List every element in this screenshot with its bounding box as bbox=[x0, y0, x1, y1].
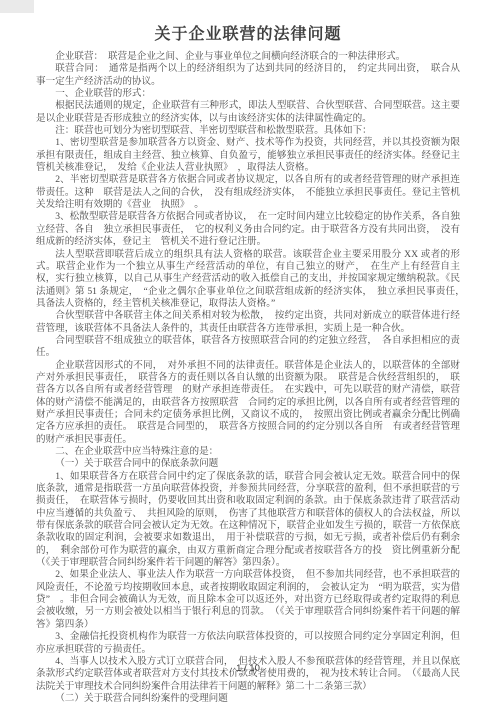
paragraph: 企业联营因形式的不同， 对外承担不同的法律责任。联营体是企业法人的，以联营体的全… bbox=[36, 360, 460, 446]
paragraph: 3、松散型联营是联营各方依据合同或者协议， 在一定时间内建立比较稳定的协作关系，… bbox=[36, 211, 460, 248]
paragraph: 合同型联营不组成独立的联营体，联营各方按照联营合同的约定独立经营， 各自承担相应… bbox=[36, 335, 460, 360]
paragraph: 2、半密切型联营是联营各方依据合同或者协议规定，以各自所有的或者经营管理的财产承… bbox=[36, 174, 460, 211]
paragraph: 合伙型联营中各联营主体之间关系相对较为松散， 按约定出资，共同对新成立的联营体进… bbox=[36, 310, 460, 335]
section-heading: 二、在企业联营中应当特殊注意的是： bbox=[36, 446, 460, 458]
paragraph: 1、如果联营各方在联营合同中约定了保底条款的话，联营合同会被认定无效。联营合同中… bbox=[36, 471, 460, 570]
paragraph: 根据民法通则的规定，企业联营有三种形式，即法人型联营、合伙型联营、合同型联营。这… bbox=[36, 100, 460, 125]
paragraph: 法人型联营即联营后成立的组织具有法人资格的联营。该联营企业主要采用股分 XX 或… bbox=[36, 249, 460, 311]
scan-corner-artifact bbox=[0, 0, 34, 13]
paragraph: 3、金融信托投资机构作为联营一方依法向联营体投资的，可以按照合同约定分享固定利润… bbox=[36, 631, 460, 656]
page-number: 1 / 10 bbox=[0, 663, 496, 674]
paragraph: 企业联营： 联营是企业之间、企业与事业单位之间横向经济联合的一种法律形式。 bbox=[36, 51, 460, 63]
page-title: 关于企业联营的法律问题 bbox=[0, 0, 496, 45]
document-body: 企业联营： 联营是企业之间、企业与事业单位之间横向经济联合的一种法律形式。 联营… bbox=[36, 51, 460, 702]
section-heading: 一、企业联营的形式： bbox=[36, 88, 460, 100]
sub-section-heading: （二）关于联营合同纠纷案件的受理问题 bbox=[36, 693, 460, 702]
paragraph: 注：联营也可划分为密切型联营、半密切型联营和松散型联营。具体如下： bbox=[36, 125, 460, 137]
paragraph: 1、密切型联营是参加联营各方以资金、财产、技术等作为投资，共同经营，并以其投资额… bbox=[36, 137, 460, 174]
paragraph: 2、如果企业法人、事业法人作为联营一方向联营体投资， 但不参加共同经营，也不承担… bbox=[36, 569, 460, 631]
document-page: 关于企业联营的法律问题 企业联营： 联营是企业之间、企业与事业单位之间横向经济联… bbox=[0, 0, 496, 702]
sub-section-heading: （一）关于联营合同中的保底条款问题 bbox=[36, 458, 460, 470]
paragraph: 联营合同： 通常是指两个以上的经济组织为了达到共同的经济目的， 约定共同出资， … bbox=[36, 63, 460, 88]
paragraph: 4、当事人以技术入股方式订立联营合同， 但技术入股人不参预联营体的经营管理，并且… bbox=[36, 656, 460, 693]
